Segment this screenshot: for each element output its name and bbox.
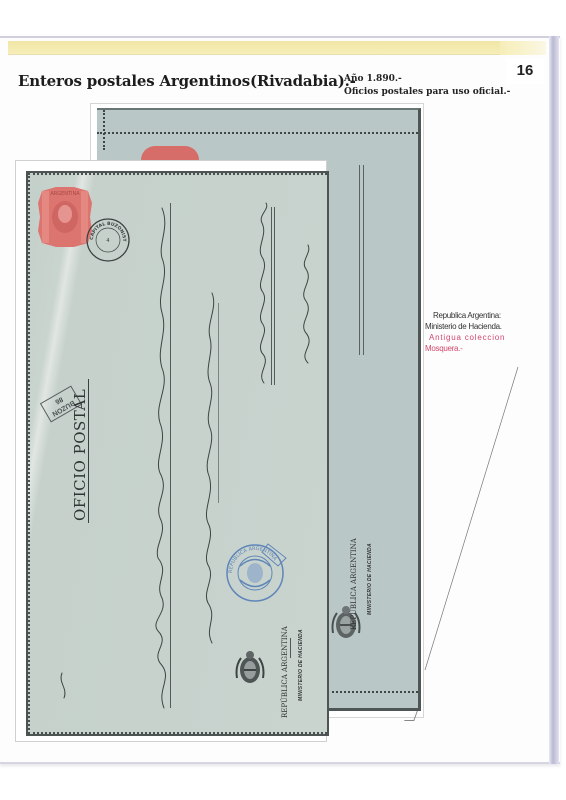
year-label: Año 1.890.-: [344, 74, 402, 84]
page-number: 16: [506, 58, 544, 84]
perforation-line: [327, 691, 418, 693]
collection-note: Republica Argentina: Ministerio de Hacie…: [425, 310, 549, 354]
note-collection: Antigua coleccion: [425, 332, 549, 343]
address-line: [271, 207, 272, 385]
sleeve-strip-end: [500, 41, 546, 55]
description-label: Oficios postales para uso oficial.-: [344, 87, 510, 97]
ministry-seal-icon: REPUBLICA ARGENTINA: [220, 538, 290, 608]
page-title: Enteros postales Argentinos(Rivadabia).-: [18, 72, 356, 90]
front-letter-card[interactable]: ARGENTINA 4 CAPITAL BUZONISTAS BUZON 86 …: [26, 171, 329, 736]
sleeve-strip: [8, 41, 538, 55]
address-line: [274, 207, 275, 385]
address-line: [170, 203, 171, 708]
note-collector: Mosquera.-: [425, 343, 549, 354]
address-line: [359, 165, 360, 355]
perforation-edge: [28, 173, 30, 734]
note-country: Republica Argentina:: [425, 310, 549, 321]
imprint-ministry: MINISTERIO DE HACIENDA: [367, 543, 373, 615]
imprint-country: REPÚBLICA ARGENTINA: [350, 538, 358, 630]
stamp-icon: [141, 146, 199, 160]
perforation-line: [103, 110, 105, 150]
svg-text:ARGENTINA: ARGENTINA: [50, 191, 80, 197]
imprint-country: REPÚBLICA ARGENTINA: [281, 626, 289, 718]
address-line: [363, 165, 364, 355]
perforation-line: [97, 132, 418, 134]
address-line: [218, 303, 219, 503]
imprint-ministry: MINISTERIO DE HACIENDA: [298, 629, 304, 701]
label-rule: [88, 379, 89, 523]
perforation-edge: [28, 173, 327, 175]
note-ministry: Ministerio de Hacienda.: [425, 322, 502, 331]
oficio-postal-label: OFICIO POSTAL: [71, 389, 89, 521]
sheet-edge: [549, 36, 559, 764]
svg-text:4: 4: [106, 238, 109, 244]
postmark-icon: 4 CAPITAL BUZONISTAS: [85, 217, 131, 263]
coat-of-arms-icon: [233, 648, 267, 688]
perforation-edge: [28, 732, 327, 734]
imprint-rule: [290, 638, 291, 658]
